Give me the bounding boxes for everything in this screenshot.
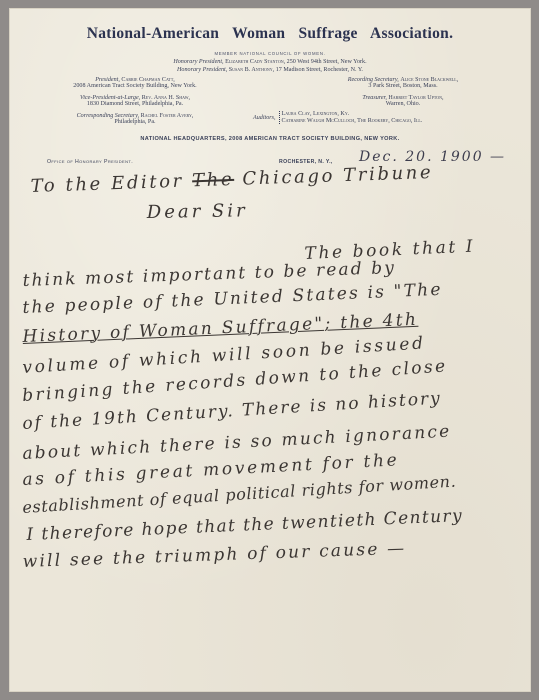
place-label: ROCHESTER, N. Y., [279,159,333,165]
role-label: Treasurer, [362,95,386,101]
salutation-line-1: To the Editor The Chicago Tribune [30,162,433,197]
office-label: Office of Honorary President. [47,159,133,165]
auditors: Auditors, Laura Clay, Lexington, Ky. Cat… [253,111,422,124]
salutation-text: To the Editor [30,171,184,197]
officer-president: President, Carrie Chapman Catt, 2008 Ame… [35,77,235,89]
body-line-12: will see the triumph of our cause — [22,539,406,572]
role-label: Honorary President, [177,67,227,73]
officer-address: 17 Madison Street, Rochester, N. Y. [276,67,363,73]
officer-treasurer: Treasurer, Harriet Taylor Upton, Warren,… [293,95,513,107]
officer-address: Warren, Ohio. [293,101,513,107]
officer-name: Elizabeth Cady Stanton, [225,59,285,65]
auditor-name: Catharine Waugh McCulloch, The Rookery, … [282,118,423,125]
officer-address: 1830 Diamond Street, Philadelphia, Pa. [35,101,235,107]
officer-recording-secretary: Recording Secretary, Alice Stone Blackwe… [293,77,513,89]
struck-word: The [192,169,235,191]
officer-corresponding-secretary: Corresponding Secretary, Rachel Foster A… [35,113,235,125]
officer-vice-president: Vice-President-at-Large, Rev. Anna H. Sh… [35,95,235,107]
member-line: MEMBER NATIONAL COUNCIL OF WOMEN. [9,51,531,56]
salutation-text: Chicago Tribune [242,162,433,190]
officer-address: 3 Park Street, Boston, Mass. [293,83,513,89]
officer-address: 2008 American Tract Society Building, Ne… [35,83,235,89]
letter-page: National-American Woman Suffrage Associa… [9,8,531,692]
honorary-president-1: Honorary President, Elizabeth Cady Stant… [9,59,531,65]
officer-name: Susan B. Anthony, [229,67,274,73]
officer-address: 250 West 94th Street, New York. [287,59,367,65]
letterhead-title: National-American Woman Suffrage Associa… [9,25,531,43]
honorary-president-2: Honorary President, Susan B. Anthony, 17… [9,67,531,73]
role-label: Auditors, [253,115,276,121]
role-label: Honorary President, [173,59,223,65]
officer-address: Philadelphia, Pa. [35,119,235,125]
headquarters-line: NATIONAL HEADQUARTERS, 2008 AMERICAN TRA… [9,136,531,142]
salutation-line-2: Dear Sir [147,200,248,223]
